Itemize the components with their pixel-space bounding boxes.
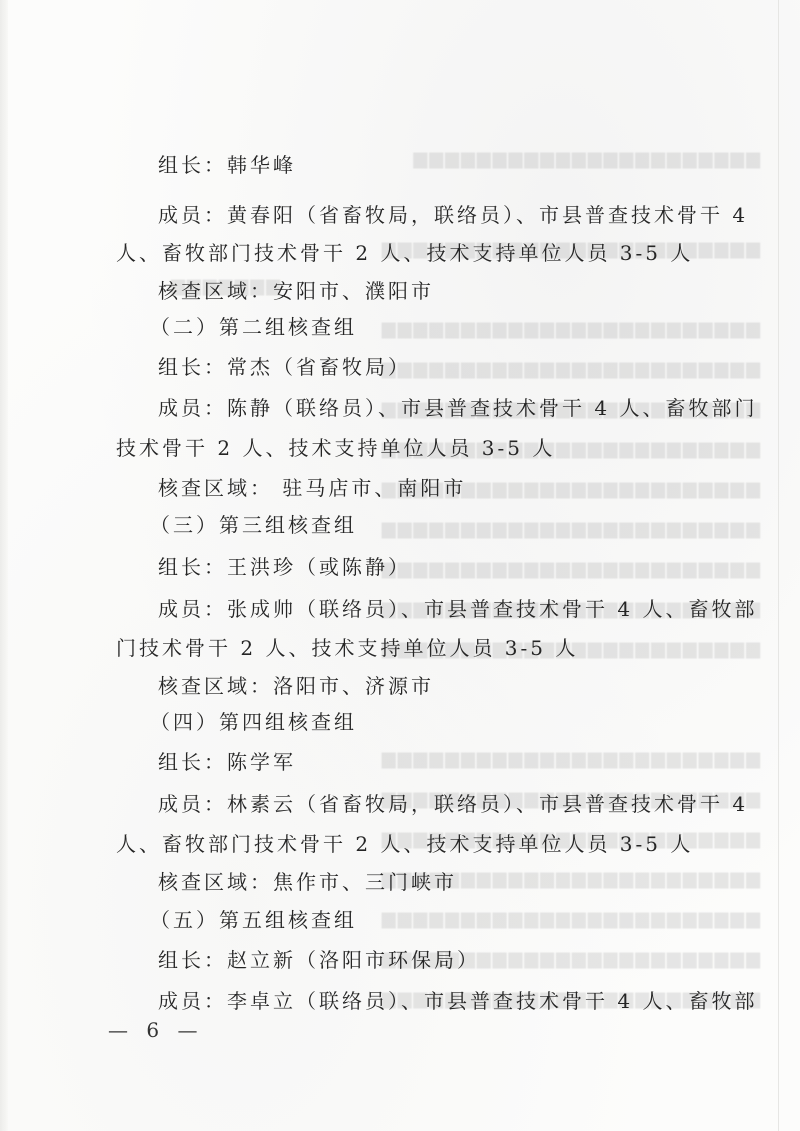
group-members-continued: 门技术骨干 2 人、技术支持单位人员 3-5 人: [116, 636, 578, 660]
group-region: 核查区域：焦作市、三门峡市: [158, 870, 457, 894]
group-region: 核查区域： 驻马店市、南阳市: [158, 476, 466, 500]
group-leader: 组长：赵立新（洛阳市环保局）: [158, 948, 480, 972]
group-leader: 组长：王洪珍（或陈静）: [158, 555, 411, 579]
group-heading: （三）第三组核查组: [150, 513, 357, 537]
group-members-continued: 人、畜牧部门技术骨干 2 人、技术支持单位人员 3-5 人: [116, 241, 693, 265]
scan-left-edge: [0, 0, 8, 1131]
group-members-continued: 技术骨干 2 人、技术支持单位人员 3-5 人: [116, 436, 555, 460]
group-members: 成员：张成帅（联络员）、市县普查技术骨干 4 人、畜牧部: [158, 597, 757, 621]
group-heading: （四）第四组核查组: [150, 710, 357, 734]
group-members: 成员：李卓立（联络员）、市县普查技术骨干 4 人、畜牧部: [158, 989, 757, 1013]
group-leader: 组长：韩华峰: [158, 153, 296, 177]
page-number: — 6 —: [108, 1018, 203, 1042]
group-heading: （五）第五组核查组: [150, 908, 357, 932]
group-members: 成员：陈静（联络员）、市县普查技术骨干 4 人、畜牧部门: [158, 396, 757, 420]
group-members-continued: 人、畜牧部门技术骨干 2 人、技术支持单位人员 3-5 人: [116, 832, 693, 856]
document-page: ▆▆▆▆▆▆▆▆▆▆▆▆▆▆▆▆▆▆▆▆▆▆ ▆▆▆▆▆▆▆▆▆▆▆▆▆▆▆▆▆…: [0, 0, 800, 1131]
group-leader: 组长：陈学军: [158, 750, 296, 774]
group-members: 成员：林素云（省畜牧局，联络员）、市县普查技术骨干 4: [158, 792, 748, 816]
group-heading: （二）第二组核查组: [150, 315, 357, 339]
group-region: 核查区域：洛阳市、济源市: [158, 674, 434, 698]
scan-fold-line: [778, 0, 779, 1131]
group-region: 核查区域：安阳市、濮阳市: [158, 279, 434, 303]
group-leader: 组长：常杰（省畜牧局）: [158, 355, 411, 379]
group-members: 成员：黄春阳（省畜牧局，联络员）、市县普查技术骨干 4: [158, 203, 748, 227]
